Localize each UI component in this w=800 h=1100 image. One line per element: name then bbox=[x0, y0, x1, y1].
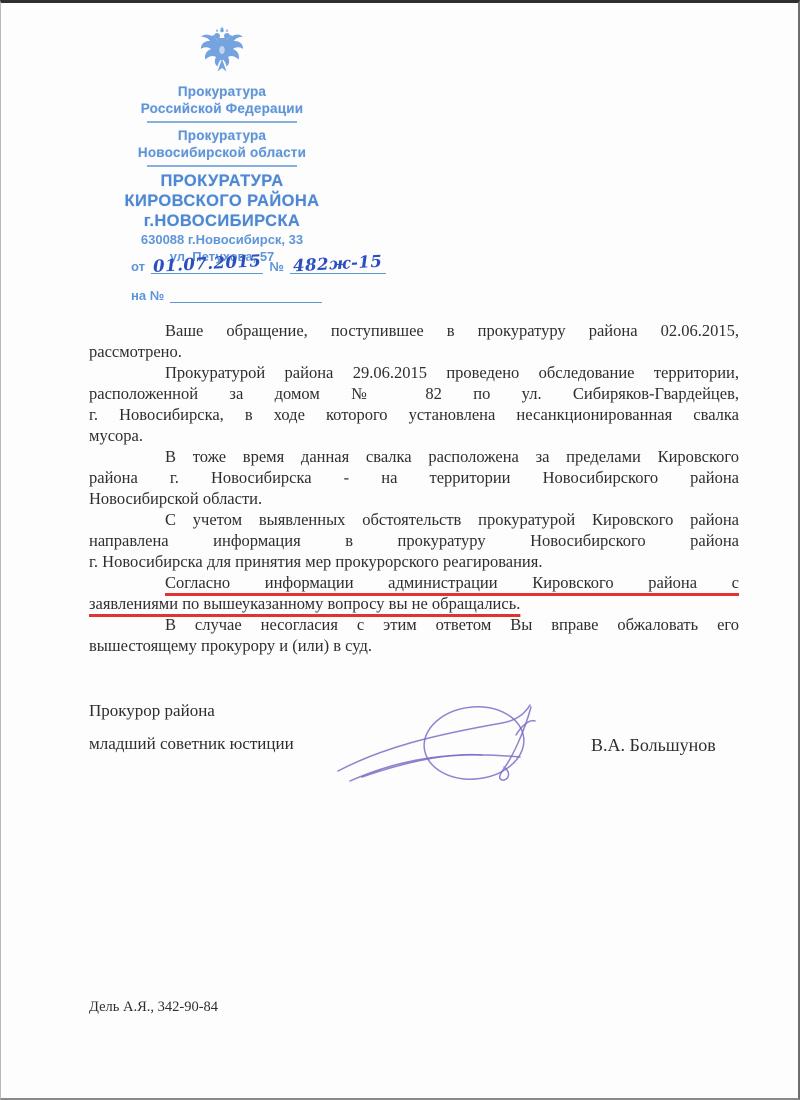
body-line-red-underlined: заявлениями по вышеуказанному вопросу вы… bbox=[89, 593, 739, 614]
signer-name: В.А. Большунов bbox=[591, 735, 716, 756]
letter-body: Ваше обращение, поступившее в прокуратур… bbox=[89, 320, 739, 656]
outgoing-ref-row: от 01.07.2015 № 482ж-15 bbox=[131, 253, 392, 274]
date-field: 01.07.2015 bbox=[151, 253, 263, 274]
body-line-red-underlined: Согласно информации администрации Кировс… bbox=[89, 572, 739, 593]
body-line: С учетом выявленных обстоятельств прокур… bbox=[89, 509, 739, 530]
org-name-line1: Прокуратура bbox=[111, 83, 333, 100]
body-line: г. Новосибирска, в ходе которого установ… bbox=[89, 404, 739, 425]
reply-number-field bbox=[170, 287, 322, 303]
dept-name-line3: г.НОВОСИБИРСКА bbox=[111, 211, 333, 231]
number-sign: № bbox=[269, 259, 284, 274]
letterhead-divider bbox=[147, 165, 297, 167]
body-line: мусора. bbox=[89, 425, 739, 446]
number-field: 482ж-15 bbox=[290, 253, 386, 274]
body-line: В тоже время данная свалка расположена з… bbox=[89, 446, 739, 467]
body-line: г. Новосибирска для принятия мер прокуро… bbox=[89, 551, 739, 572]
body-line: направлена информация в прокуратуру Ново… bbox=[89, 530, 739, 551]
body-line: вышестоящему прокурору и (или) в суд. bbox=[89, 635, 739, 656]
dept-name-line1: ПРОКУРАТУРА bbox=[111, 171, 333, 191]
handwritten-signature bbox=[334, 695, 554, 800]
date-label: от bbox=[131, 259, 145, 274]
reply-label: на № bbox=[131, 288, 164, 303]
org-name-line4: Новосибирской области bbox=[111, 144, 333, 161]
double-headed-eagle-icon bbox=[197, 23, 247, 81]
letterhead-divider bbox=[147, 121, 297, 123]
org-name-line3: Прокуратура bbox=[111, 127, 333, 144]
body-line: Ваше обращение, поступившее в прокуратур… bbox=[89, 320, 739, 341]
handwritten-number: 482ж-15 bbox=[293, 252, 383, 276]
handwritten-date: 01.07.2015 bbox=[153, 251, 262, 276]
body-line: района г. Новосибирска - на территории Н… bbox=[89, 467, 739, 488]
executor-contact: Дель А.Я., 342-90-84 bbox=[89, 999, 218, 1016]
body-line: Прокуратурой района 29.06.2015 проведено… bbox=[89, 362, 739, 383]
signer-title-line2: младший советник юстиции bbox=[89, 734, 294, 754]
dept-name-line2: КИРОВСКОГО РАЙОНА bbox=[111, 191, 333, 211]
body-line: В случае несогласия с этим ответом Вы вп… bbox=[89, 614, 739, 635]
address-line1: 630088 г.Новосибирск, 33 bbox=[111, 231, 333, 248]
scanned-letter-page: Прокуратура Российской Федерации Прокура… bbox=[0, 0, 800, 1100]
body-line: рассмотрено. bbox=[89, 341, 739, 362]
org-name-line2: Российской Федерации bbox=[111, 100, 333, 117]
reply-ref-row: на № bbox=[131, 287, 328, 303]
signer-title-line1: Прокурор района bbox=[89, 701, 215, 721]
letterhead: Прокуратура Российской Федерации Прокура… bbox=[111, 23, 333, 265]
body-line: расположенной за домом № 82 по ул. Сибир… bbox=[89, 383, 739, 404]
body-line: Новосибирской области. bbox=[89, 488, 739, 509]
